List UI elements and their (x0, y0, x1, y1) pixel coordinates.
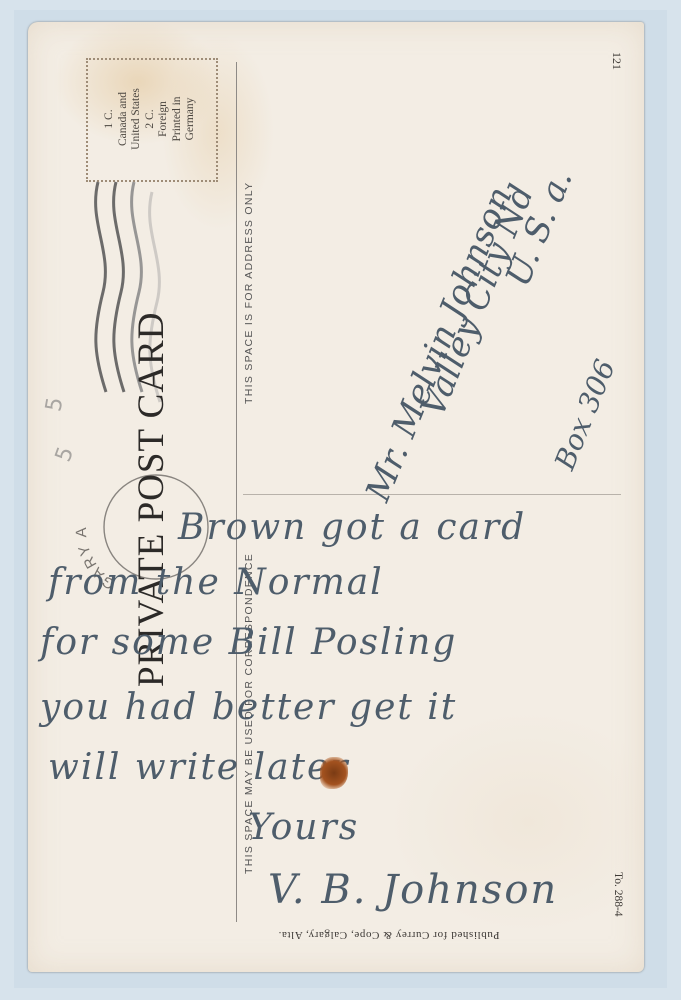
message-line: Brown got a card (178, 507, 526, 548)
message-line: will write later (48, 747, 350, 788)
horizontal-divider (243, 494, 621, 495)
address-space-label: THIS SPACE IS FOR ADDRESS ONLY (243, 182, 255, 404)
catalog-number-bottom: To. 288-4 (612, 872, 624, 917)
message-line: from the Normal (48, 562, 384, 603)
stain-mark (320, 757, 348, 789)
message-closing: Yours (248, 807, 359, 848)
vertical-divider (236, 62, 237, 922)
signature: V. B. Johnson (268, 867, 558, 913)
message-line: you had better get it (40, 687, 457, 728)
publisher-line: Published for Currey & Cope, Calgary, Al… (278, 929, 500, 941)
message-line: for some Bill Posling (40, 622, 457, 663)
postcard: 1 C. Canada and United States 2 C. Forei… (28, 22, 644, 972)
